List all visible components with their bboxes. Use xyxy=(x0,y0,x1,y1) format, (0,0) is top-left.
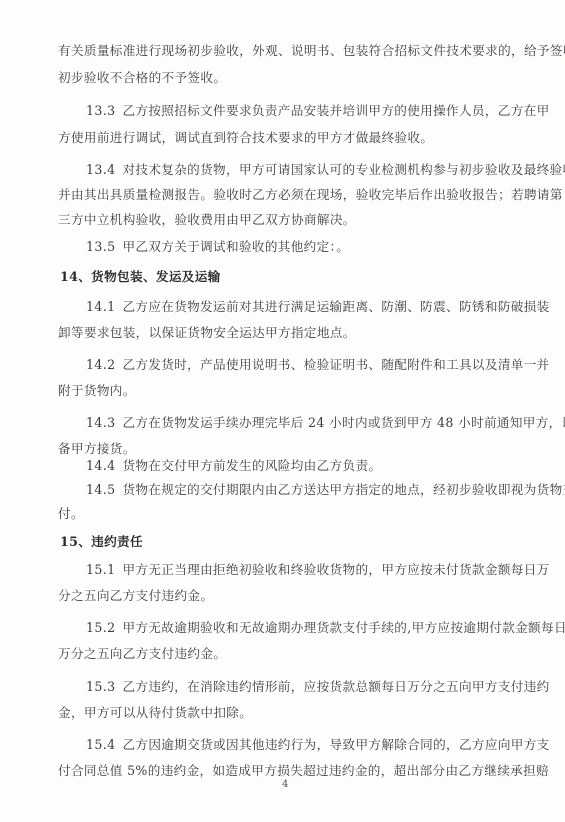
line-text: 甲方无正当理由拒绝初验收和终验收货物的，甲方应按未付货款金额每日万 xyxy=(122,562,549,577)
text-line: 14.4货物在交付甲方前发生的风险均由乙方负责。 xyxy=(86,458,506,474)
clause-number: 15.2 xyxy=(86,620,115,635)
line-text: 乙方违约，在消除违约情形前，应按货款总额每日万分之五向甲方支付违约 xyxy=(122,679,549,694)
text-line: 15.1甲方无正当理由拒绝初验收和终验收货物的，甲方应按未付货款金额每日万 xyxy=(86,562,506,578)
text-line: 13.3乙方按照招标文件要求负责产品安装并培训甲方的使用操作人员，乙方在甲 xyxy=(86,103,506,119)
text-line: 三方中立机构验收，验收费用由甲乙双方协商解决。 xyxy=(58,212,478,228)
clause-number: 14.1 xyxy=(86,299,115,314)
text-line: 卸等要求包装，以保证货物安全运达甲方指定地点。 xyxy=(58,325,478,341)
text-line: 13.4对技术复杂的货物，甲方可请国家认可的专业检测机构参与初步验收及最终验收， xyxy=(86,162,506,178)
line-text: 有关质量标准进行现场初步验收，外观、说明书、包装符合招标文件技术要求的，给予签收… xyxy=(58,43,565,58)
text-line: 金，甲方可以从待付货款中扣除。 xyxy=(58,705,478,721)
text-line: 付合同总值 5%的违约金，如造成甲方损失超过违约金的，超出部分由乙方继续承担赔 xyxy=(58,763,478,779)
clause-number: 15.3 xyxy=(86,679,115,694)
line-text: 15、违约责任 xyxy=(60,534,143,549)
text-line: 14.5货物在规定的交付期限内由乙方送达甲方指定的地点，经初步验收即视为货物交 xyxy=(86,482,506,498)
text-line: 13.5甲乙双方关于调试和验收的其他约定：。 xyxy=(86,239,506,255)
clause-number: 15.4 xyxy=(86,737,115,752)
clause-number: 13.5 xyxy=(86,239,115,254)
line-text: 甲乙双方关于调试和验收的其他约定：。 xyxy=(122,239,349,254)
line-text: 货物在交付甲方前发生的风险均由乙方负责。 xyxy=(122,458,381,473)
line-text: 附于货物内。 xyxy=(58,383,136,398)
line-text: 乙方在货物发运手续办理完毕后 24 小时内或货到甲方 48 小时前通知甲方，以准 xyxy=(122,415,565,430)
line-text: 备甲方接货。 xyxy=(58,441,136,456)
line-text: 金，甲方可以从待付货款中扣除。 xyxy=(58,705,252,720)
text-line: 14.2乙方发货时，产品使用说明书、检验证明书、随配附件和工具以及清单一并 xyxy=(86,357,506,373)
line-text: 付。 xyxy=(58,506,84,521)
text-line: 分之五向乙方支付违约金。 xyxy=(58,588,478,604)
text-line: 初步验收不合格的不予签收。 xyxy=(58,70,478,86)
line-text: 卸等要求包装，以保证货物安全运达甲方指定地点。 xyxy=(58,325,356,340)
line-text: 付合同总值 5%的违约金，如造成甲方损失超过违约金的，超出部分由乙方继续承担赔 xyxy=(58,763,549,778)
line-text: 甲方无故逾期验收和无故逾期办理货款支付手续的,甲方应按逾期付款金额每日 xyxy=(122,620,565,635)
text-line: 14.1乙方应在货物发运前对其进行满足运输距离、防潮、防震、防锈和防破损装 xyxy=(86,299,506,315)
clause-number: 14.5 xyxy=(86,482,115,497)
text-line: 15.4乙方因逾期交货或因其他违约行为，导致甲方解除合同的，乙方应向甲方支 xyxy=(86,737,506,753)
text-line: 有关质量标准进行现场初步验收，外观、说明书、包装符合招标文件技术要求的，给予签收… xyxy=(58,43,478,59)
line-text: 三方中立机构验收，验收费用由甲乙双方协商解决。 xyxy=(58,212,356,227)
line-text: 乙方发货时，产品使用说明书、检验证明书、随配附件和工具以及清单一并 xyxy=(122,357,549,372)
line-text: 乙方应在货物发运前对其进行满足运输距离、防潮、防震、防锈和防破损装 xyxy=(122,299,549,314)
clause-number: 14.3 xyxy=(86,415,115,430)
line-text: 方使用前进行调试，调试直到符合技术要求的甲方才做最终验收。 xyxy=(58,130,433,145)
section-heading: 15、违约责任 xyxy=(60,534,480,550)
line-text: 万分之五向乙方支付违约金。 xyxy=(58,646,226,661)
document-page: 有关质量标准进行现场初步验收，外观、说明书、包装符合招标文件技术要求的，给予签收… xyxy=(0,0,565,822)
clause-number: 13.3 xyxy=(86,103,115,118)
line-text: 货物在规定的交付期限内由乙方送达甲方指定的地点，经初步验收即视为货物交 xyxy=(122,482,565,497)
line-text: 并由其出具质量检测报告。验收时乙方必须在现场，验收完毕后作出验收报告；若聘请第 xyxy=(58,187,563,202)
line-text: 初步验收不合格的不予签收。 xyxy=(58,70,226,85)
clause-number: 15.1 xyxy=(86,562,115,577)
section-heading: 14、货物包装、发运及运输 xyxy=(60,269,480,285)
text-line: 并由其出具质量检测报告。验收时乙方必须在现场，验收完毕后作出验收报告；若聘请第 xyxy=(58,187,478,203)
text-line: 附于货物内。 xyxy=(58,383,478,399)
line-text: 对技术复杂的货物，甲方可请国家认可的专业检测机构参与初步验收及最终验收， xyxy=(122,162,565,177)
text-line: 15.2甲方无故逾期验收和无故逾期办理货款支付手续的,甲方应按逾期付款金额每日 xyxy=(86,620,506,636)
clause-number: 14.2 xyxy=(86,357,115,372)
text-line: 15.3乙方违约，在消除违约情形前，应按货款总额每日万分之五向甲方支付违约 xyxy=(86,679,506,695)
text-line: 付。 xyxy=(58,506,478,522)
line-text: 分之五向乙方支付违约金。 xyxy=(58,588,213,603)
line-text: 乙方因逾期交货或因其他违约行为，导致甲方解除合同的，乙方应向甲方支 xyxy=(122,737,549,752)
text-line: 14.3乙方在货物发运手续办理完毕后 24 小时内或货到甲方 48 小时前通知甲… xyxy=(86,415,506,431)
clause-number: 14.4 xyxy=(86,458,115,473)
line-text: 乙方按照招标文件要求负责产品安装并培训甲方的使用操作人员，乙方在甲 xyxy=(122,103,549,118)
clause-number: 13.4 xyxy=(86,162,115,177)
page-number: 4 xyxy=(282,779,288,790)
text-line: 方使用前进行调试，调试直到符合技术要求的甲方才做最终验收。 xyxy=(58,130,478,146)
line-text: 14、货物包装、发运及运输 xyxy=(60,269,221,284)
text-line: 备甲方接货。 xyxy=(58,441,478,457)
text-line: 万分之五向乙方支付违约金。 xyxy=(58,646,478,662)
